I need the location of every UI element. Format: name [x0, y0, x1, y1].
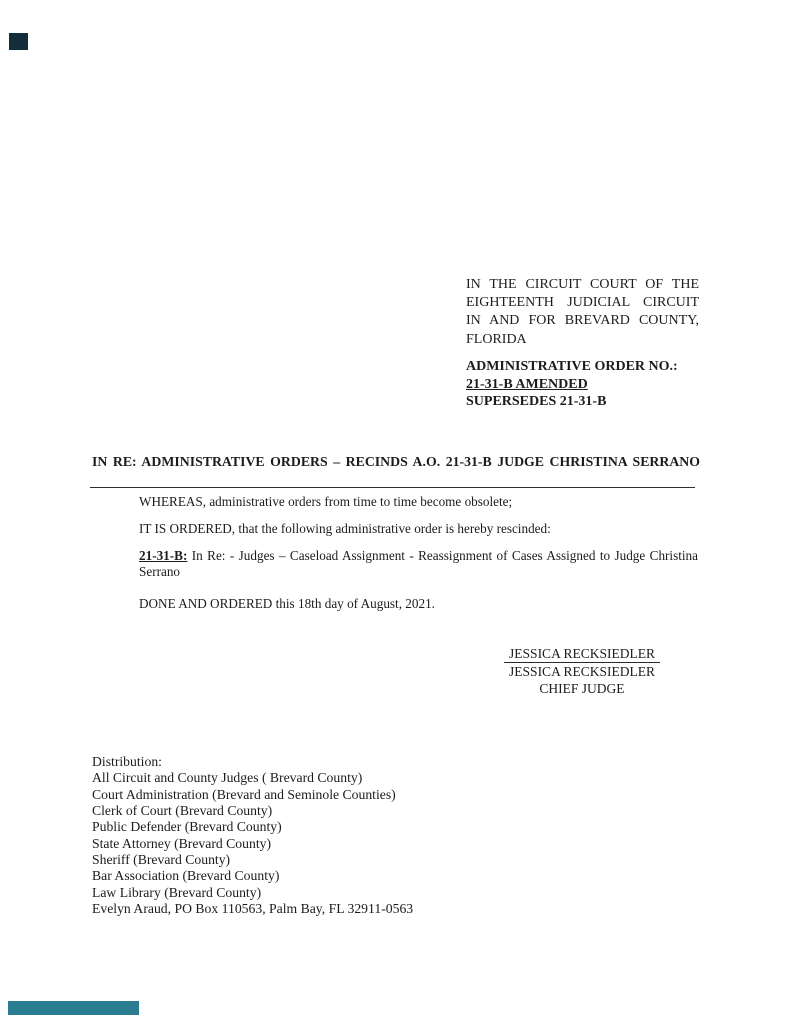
distribution-item: Public Defender (Brevard County) — [92, 819, 512, 835]
distribution-label: Distribution: — [92, 754, 512, 770]
court-header-line: EIGHTEENTH JUDICIAL CIRCUIT — [466, 294, 699, 312]
distribution-item: Law Library (Brevard County) — [92, 885, 512, 901]
ordered-paragraph: IT IS ORDERED, that the following admini… — [92, 521, 700, 537]
distribution-list: Distribution: All Circuit and County Jud… — [92, 754, 512, 917]
signature-printed-name: JESSICA RECKSIEDLER — [504, 663, 660, 680]
rescinded-order-paragraph: 21-31-B: In Re: - Judges – Caseload Assi… — [139, 548, 698, 580]
order-supersedes: SUPERSEDES 21-31-B — [466, 393, 699, 411]
distribution-item: Sheriff (Brevard County) — [92, 852, 512, 868]
distribution-item: Bar Association (Brevard County) — [92, 868, 512, 884]
order-number: 21-31-B AMENDED — [466, 376, 699, 394]
court-header-line: IN AND FOR BREVARD COUNTY, — [466, 312, 699, 330]
order-number-block: ADMINISTRATIVE ORDER NO.: 21-31-B AMENDE… — [466, 358, 699, 411]
scan-mark-top-left — [9, 33, 28, 50]
rescinded-order-text: In Re: - Judges – Caseload Assignment - … — [192, 548, 698, 563]
court-header-line: IN THE CIRCUIT COURT OF THE — [466, 276, 699, 294]
distribution-item: Clerk of Court (Brevard County) — [92, 803, 512, 819]
whereas-paragraph: WHEREAS, administrative orders from time… — [92, 494, 700, 510]
document-title: IN RE: ADMINISTRATIVE ORDERS – RECINDS A… — [92, 454, 700, 470]
document-page: IN THE CIRCUIT COURT OF THE EIGHTEENTH J… — [0, 0, 791, 1024]
rescinded-order-line2: Serrano — [139, 564, 698, 580]
signature-role: CHIEF JUDGE — [504, 680, 660, 697]
title-divider-rule — [90, 487, 695, 488]
distribution-item: Court Administration (Brevard and Semino… — [92, 787, 512, 803]
distribution-item: Evelyn Araud, PO Box 110563, Palm Bay, F… — [92, 901, 512, 917]
order-number-label: ADMINISTRATIVE ORDER NO.: — [466, 358, 699, 376]
court-header: IN THE CIRCUIT COURT OF THE EIGHTEENTH J… — [466, 276, 699, 349]
court-header-line: FLORIDA — [466, 331, 699, 349]
signature-signed-name: JESSICA RECKSIEDLER — [504, 645, 660, 663]
distribution-item: State Attorney (Brevard County) — [92, 836, 512, 852]
signature-block: JESSICA RECKSIEDLER JESSICA RECKSIEDLER … — [504, 645, 660, 698]
done-ordered-paragraph: DONE AND ORDERED this 18th day of August… — [92, 596, 700, 612]
rescinded-order-line1: 21-31-B: In Re: - Judges – Caseload Assi… — [139, 548, 698, 564]
rescinded-order-ref: 21-31-B: — [139, 548, 187, 563]
scan-mark-footer-bar — [8, 1001, 139, 1015]
distribution-item: All Circuit and County Judges ( Brevard … — [92, 770, 512, 786]
